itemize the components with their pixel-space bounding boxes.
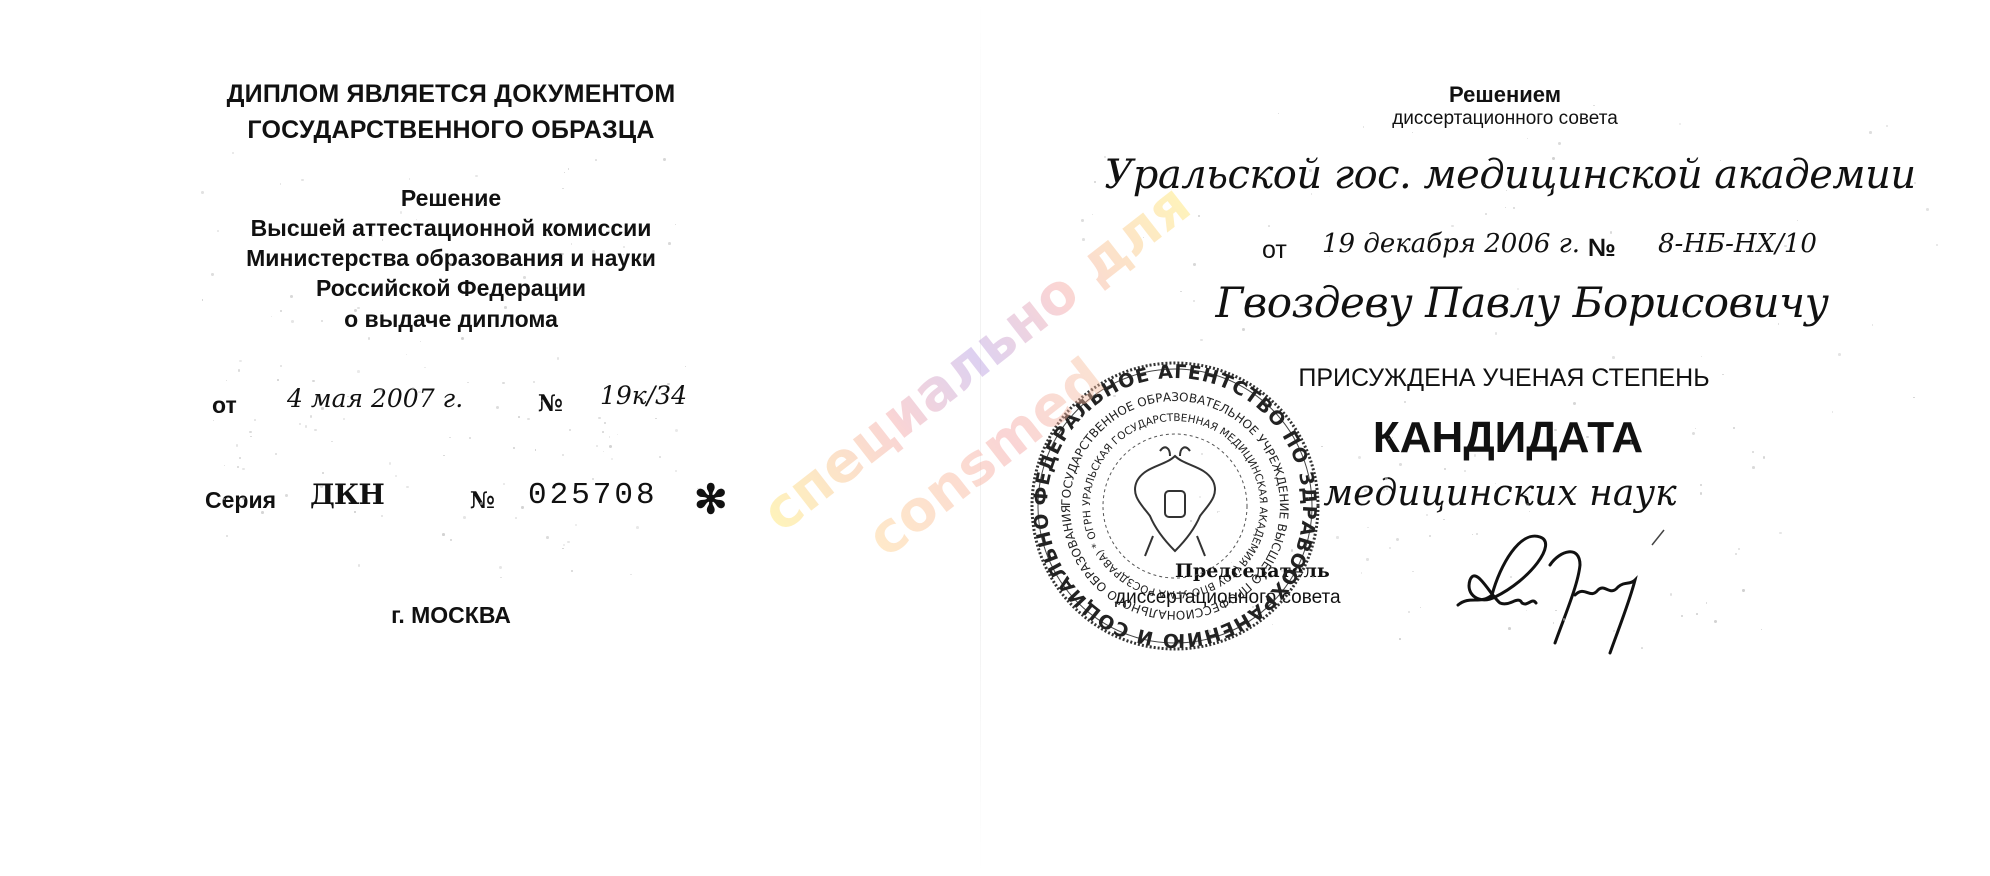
number-label: № [538, 390, 563, 417]
heading-line-2: ГОСУДАРСТВЕННОГО ОБРАЗЦА [247, 116, 654, 145]
number-value: 19к/34 [600, 381, 687, 410]
signature [1440, 525, 1680, 665]
recipient-name: Гвоздеву Павлу Борисовичу [1215, 278, 1828, 327]
degree: КАНДИДАТА [1373, 413, 1643, 463]
decision-line-1: Решение [401, 183, 501, 214]
star-icon: ✻ [694, 476, 728, 523]
decision-line-5: о выдаче диплома [344, 304, 558, 335]
date-label: от [212, 392, 237, 419]
awarded-text: ПРИСУЖДЕНА УЧЕНАЯ СТЕПЕНЬ [1298, 364, 1709, 393]
city: г. МОСКВА [391, 602, 511, 629]
decision-line-4: Российской Федерации [316, 273, 586, 304]
decision-title: Решением [1449, 82, 1561, 108]
institution-name: Уральской гос. медицинской академии [1104, 152, 1915, 198]
council-date-label: от [1262, 236, 1287, 265]
decision-subtitle: диссертационного совета [1392, 108, 1618, 130]
council-number-value: 8-НБ-НХ/10 [1658, 229, 1817, 259]
decision-line-3: Министерства образования и науки [246, 243, 656, 274]
series-value: ДКН [310, 478, 384, 511]
series-label: Серия [205, 487, 276, 514]
field-of-science: медицинских наук [1323, 473, 1676, 514]
svg-text:ГОСУДАРСТВЕННОЕ ОБРАЗОВАТЕЛЬНО: ГОСУДАРСТВЕННОЕ ОБРАЗОВАТЕЛЬНОЕ УЧРЕЖДЕН… [1059, 390, 1291, 622]
decision-line-2: Высшей аттестационной комиссии [251, 213, 652, 244]
council-date-value: 19 декабря 2006 г. [1322, 229, 1580, 259]
council-number-label: № [1588, 234, 1616, 263]
heading-line-1: ДИПЛОМ ЯВЛЯЕТСЯ ДОКУМЕНТОМ [227, 80, 676, 109]
date-value: 4 мая 2007 г. [287, 384, 463, 413]
diploma-number-label: № [470, 487, 495, 514]
diploma-number-value: 025708 [528, 478, 658, 513]
